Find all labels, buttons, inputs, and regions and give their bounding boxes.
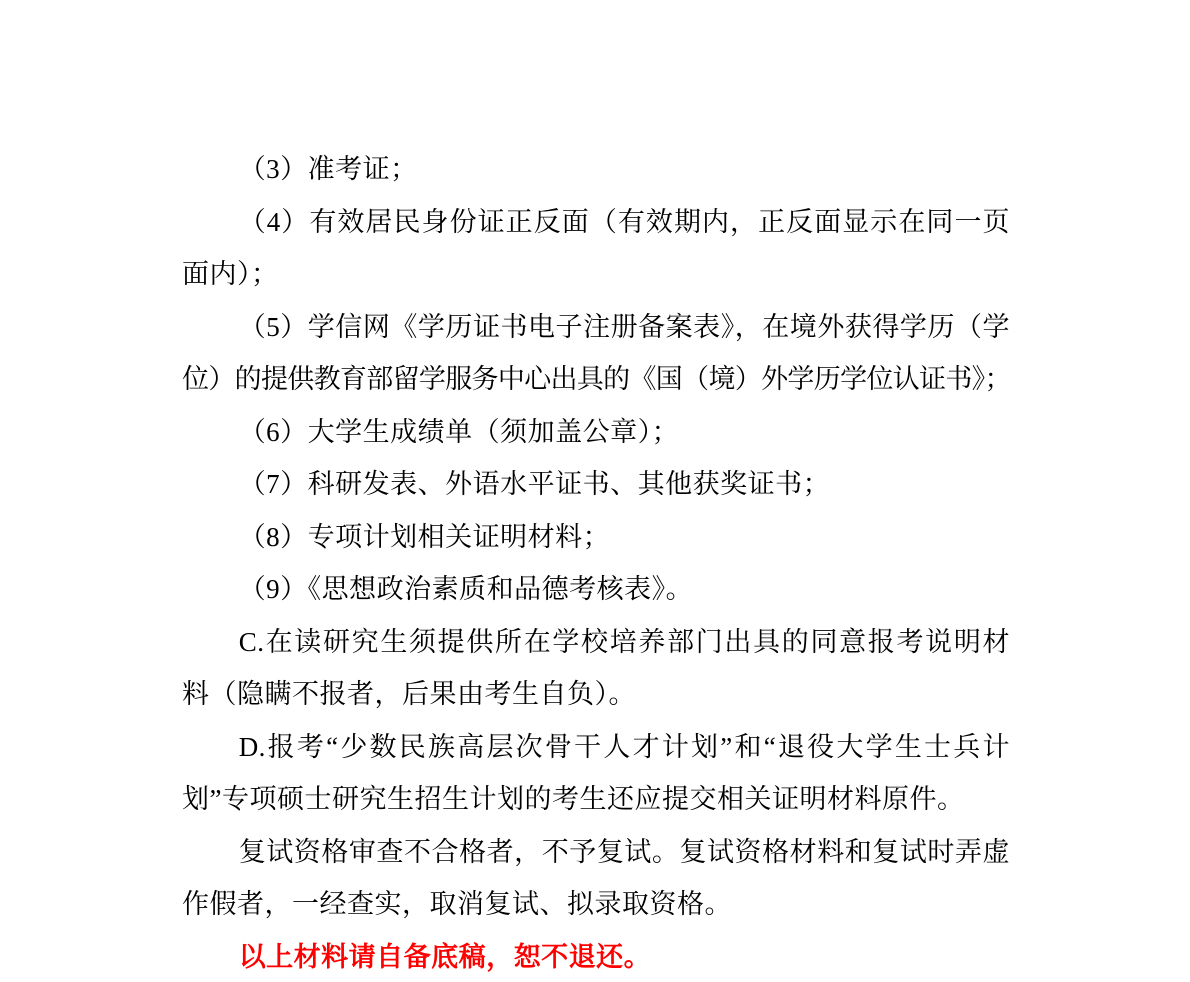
doc-line-item-3: （3）准考证； [182,143,1010,196]
doc-line-item-d-b: 划”专项硕士研究生招生计划的考生还应提交相关证明材料原件。 [182,773,1010,826]
doc-line-item-c-b: 料（隐瞒不报者，后果由考生自负）。 [182,668,1010,721]
document-page: （3）准考证； （4）有效居民身份证正反面（有效期内，正反面显示在同一页 面内）… [0,0,1190,982]
doc-line-item-5-b: 位）的提供教育部留学服务中心出具的《国（境）外学历学位认证书》； [182,353,1010,406]
doc-line-item-5-a: （5）学信网《学历证书电子注册备案表》，在境外获得学历（学 [182,301,1010,354]
doc-line-recheck-b: 作假者，一经查实，取消复试、拟录取资格。 [182,878,1010,931]
doc-line-item-7: （7）科研发表、外语水平证书、其他获奖证书； [182,458,1010,511]
text-block: （3）准考证； （4）有效居民身份证正反面（有效期内，正反面显示在同一页 面内）… [182,143,1010,982]
doc-line-item-9: （9）《思想政治素质和品德考核表》。 [182,563,1010,616]
doc-line-red-notice: 以上材料请自备底稿，恕不退还。 [182,931,1010,982]
doc-line-item-4-a: （4）有效居民身份证正反面（有效期内，正反面显示在同一页 [182,196,1010,249]
doc-line-recheck-a: 复试资格审查不合格者，不予复试。复试资格材料和复试时弄虚 [182,826,1010,879]
doc-line-item-c-a: C.在读研究生须提供所在学校培养部门出具的同意报考说明材 [182,616,1010,669]
doc-line-item-6: （6）大学生成绩单（须加盖公章）； [182,406,1010,459]
doc-line-item-d-a: D.报考“少数民族高层次骨干人才计划”和“退役大学生士兵计 [182,721,1010,774]
doc-line-item-4-b: 面内）； [182,248,1010,301]
doc-line-item-8: （8）专项计划相关证明材料； [182,511,1010,564]
